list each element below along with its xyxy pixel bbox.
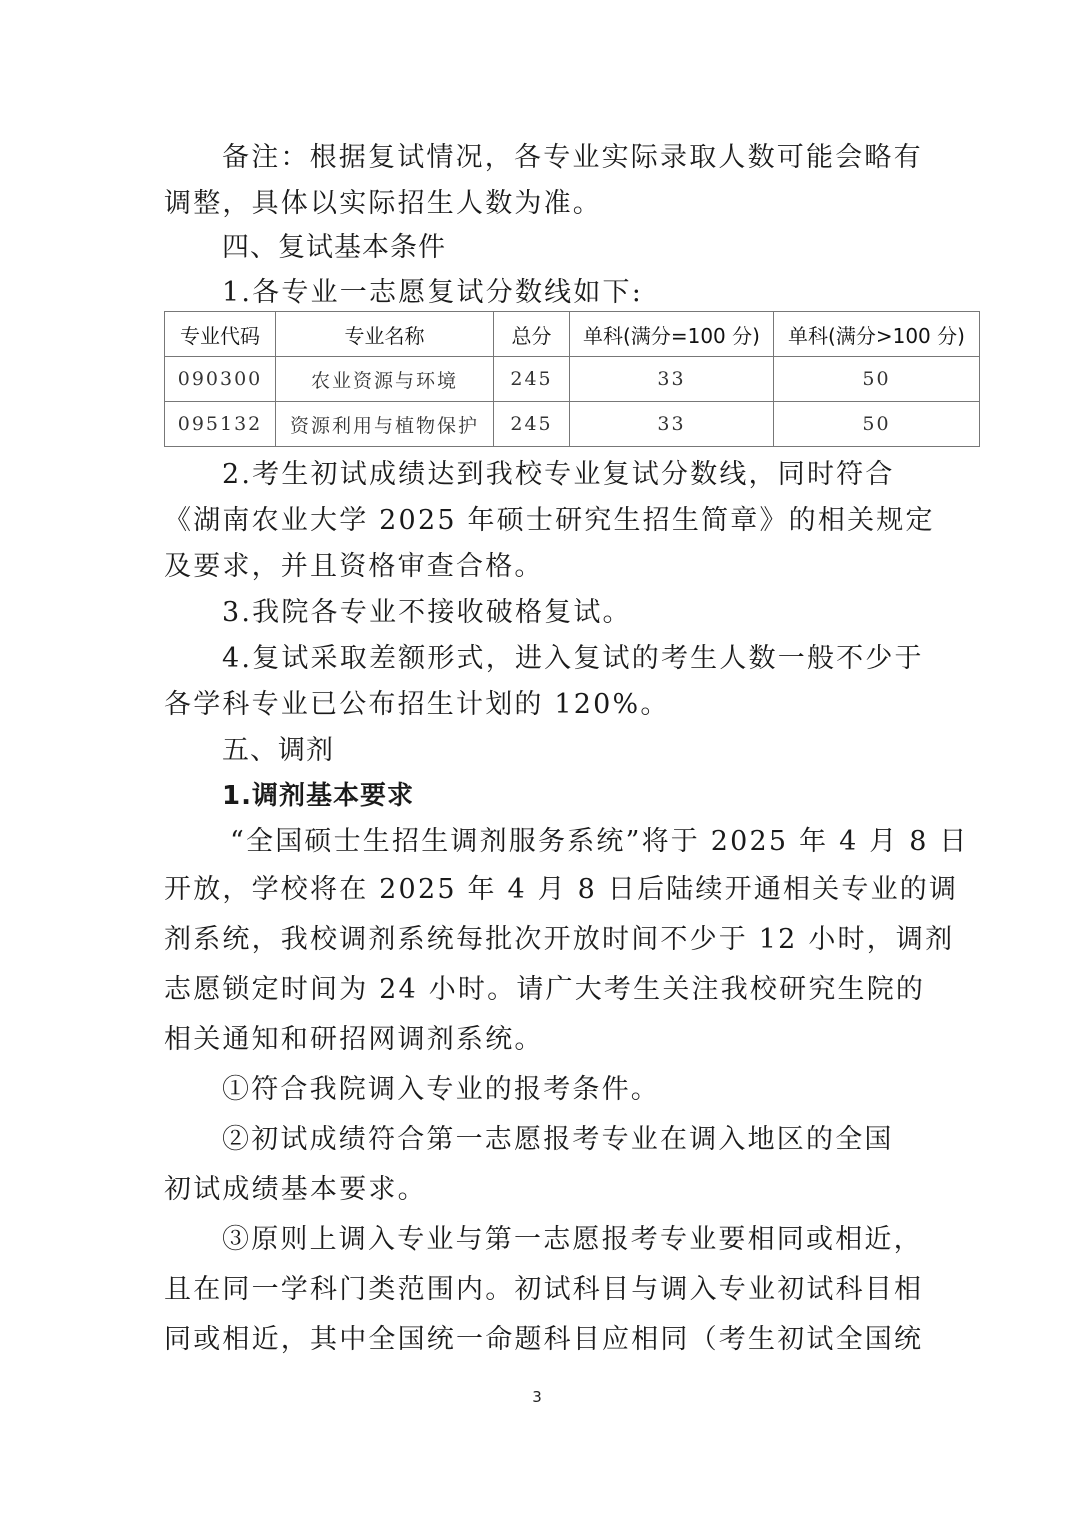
section-4-item-1: 1.各专业一志愿复试分数线如下:	[222, 273, 643, 313]
cell-total-score: 245	[494, 402, 570, 447]
section-5-title: 五、调剂	[222, 731, 334, 771]
header-total-score: 总分	[494, 312, 570, 357]
requirement-2-line-2: 初试成绩基本要求。	[164, 1170, 427, 1210]
cell-major-name: 资源利用与植物保护	[276, 402, 494, 447]
section-5-para-line-2: 开放，学校将在 2025 年 4 月 8 日后陆续开通相关专业的调	[164, 870, 958, 910]
note-line-1: 备注：根据复试情况，各专业实际录取人数可能会略有	[222, 138, 923, 178]
cell-single-100: 33	[570, 402, 774, 447]
section-4-item-2-line-3: 及要求，并且资格审查合格。	[164, 547, 544, 587]
section-4-title: 四、复试基本条件	[222, 228, 446, 268]
page-number: 3	[0, 1388, 1074, 1406]
header-major-name: 专业名称	[276, 312, 494, 357]
section-4-item-2-line-2: 《湖南农业大学 2025 年硕士研究生招生简章》的相关规定	[164, 501, 935, 541]
cell-single-over-100: 50	[774, 357, 980, 402]
section-5-para-line-5: 相关通知和研招网调剂系统。	[164, 1020, 544, 1060]
cell-major-code: 095132	[165, 402, 276, 447]
cell-major-code: 090300	[165, 357, 276, 402]
section-5-para-line-1: “全国硕士生招生调剂服务系统”将于 2025 年 4 月 8 日	[230, 822, 969, 862]
section-4-item-4-line-1: 4.复试采取差额形式，进入复试的考生人数一般不少于	[222, 639, 924, 679]
header-major-code: 专业代码	[165, 312, 276, 357]
requirement-1: ①符合我院调入专业的报考条件。	[222, 1070, 660, 1110]
header-single-over-100: 单科(满分>100 分)	[774, 312, 980, 357]
section-5-para-line-4: 志愿锁定时间为 24 小时。请广大考生关注我校研究生院的	[164, 970, 925, 1010]
cell-single-100: 33	[570, 357, 774, 402]
requirement-3-line-1: ③原则上调入专业与第一志愿报考专业要相同或相近，	[222, 1220, 923, 1260]
section-4-item-3: 3.我院各专业不接收破格复试。	[222, 593, 632, 633]
cell-single-over-100: 50	[774, 402, 980, 447]
section-4-item-4-line-2: 各学科专业已公布招生计划的 120%。	[164, 685, 670, 725]
requirement-3-line-2: 且在同一学科门类范围内。初试科目与调入专业初试科目相	[164, 1270, 923, 1310]
table-row: 090300 农业资源与环境 245 33 50	[165, 357, 980, 402]
cell-total-score: 245	[494, 357, 570, 402]
header-single-100: 单科(满分=100 分)	[570, 312, 774, 357]
retest-score-table: 专业代码 专业名称 总分 单科(满分=100 分) 单科(满分>100 分) 0…	[164, 311, 980, 447]
table-row: 095132 资源利用与植物保护 245 33 50	[165, 402, 980, 447]
section-4-item-2-line-1: 2.考生初试成绩达到我校专业复试分数线，同时符合	[222, 455, 895, 495]
table-header-row: 专业代码 专业名称 总分 单科(满分=100 分) 单科(满分>100 分)	[165, 312, 980, 357]
requirement-2-line-1: ②初试成绩符合第一志愿报考专业在调入地区的全国	[222, 1120, 894, 1160]
requirement-3-line-3: 同或相近，其中全国统一命题科目应相同（考生初试全国统	[164, 1320, 923, 1360]
section-5-para-line-3: 剂系统，我校调剂系统每批次开放时间不少于 12 小时，调剂	[164, 920, 954, 960]
section-5-subtitle: 1.调剂基本要求	[222, 776, 414, 816]
cell-major-name: 农业资源与环境	[276, 357, 494, 402]
note-line-2: 调整，具体以实际招生人数为准。	[164, 184, 602, 224]
